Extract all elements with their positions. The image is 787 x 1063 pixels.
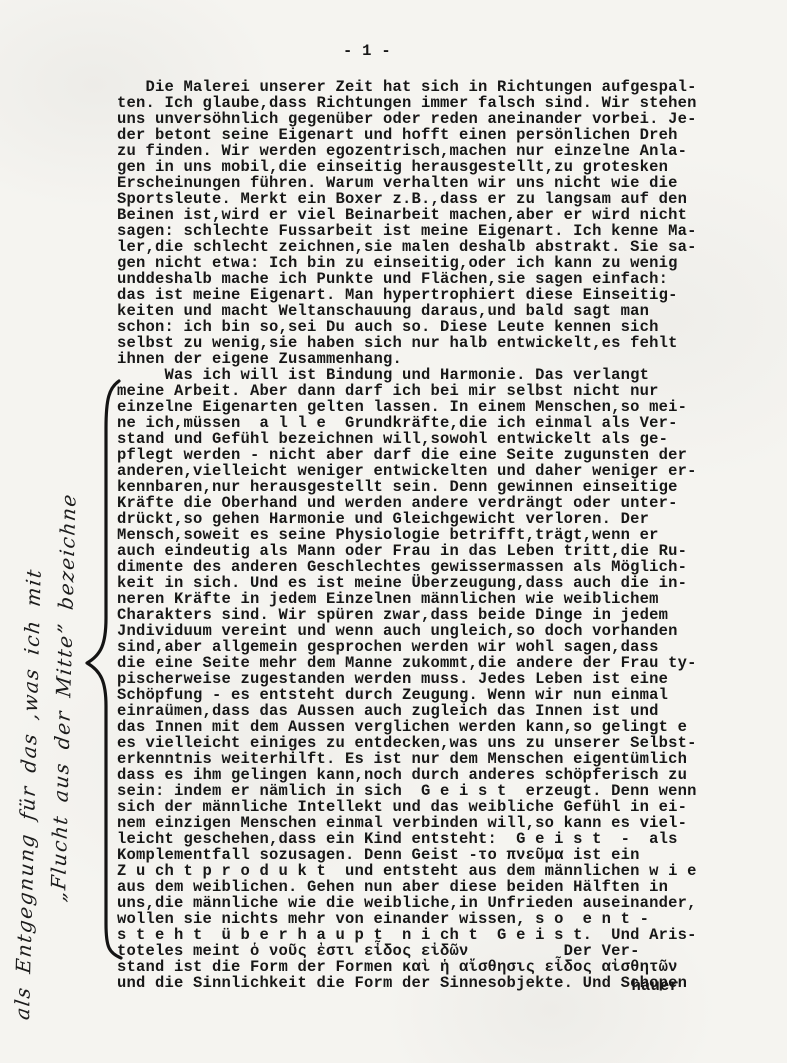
paragraph-2: Was ich will ist Bindung und Harmonie. D…: [117, 367, 737, 991]
signature-word: hauer: [117, 977, 679, 995]
page-number: - 1 -: [117, 42, 617, 60]
margin-handwriting-line-2: „Flucht aus der Mitte” bezeichne: [46, 491, 81, 903]
document-page: - 1 - Die Malerei unserer Zeit hat sich …: [0, 0, 787, 1063]
margin-handwriting-line-1: als Entgegnung für das ,was ich mit: [10, 567, 46, 1022]
paragraph-1: Die Malerei unserer Zeit hat sich in Ric…: [117, 79, 737, 367]
